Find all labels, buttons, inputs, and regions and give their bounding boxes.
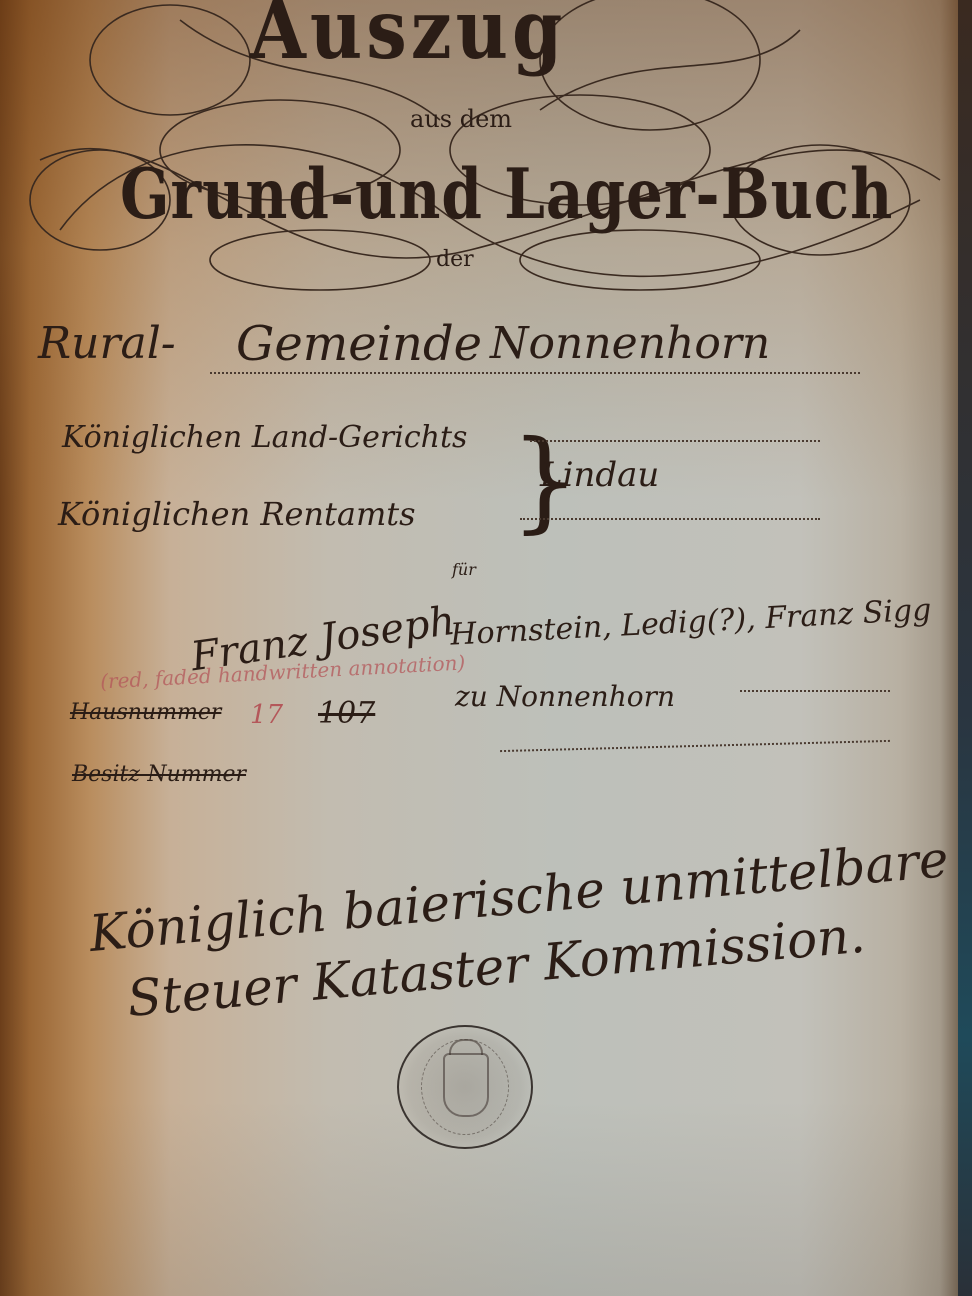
title-der: der: [436, 247, 474, 272]
location: zu Nonnenhorn: [455, 680, 675, 713]
document-page: Auszug aus dem Grund-und Lager-Buch der …: [0, 0, 958, 1296]
title-grund-und-lager-buch: Grund-und Lager-Buch: [120, 153, 893, 235]
house-number-red: 17: [250, 700, 283, 730]
dotted-line: [740, 690, 890, 692]
official-seal: [397, 1025, 533, 1149]
coat-of-arms-icon: [443, 1053, 489, 1117]
municipality-label: Gemeinde: [236, 316, 482, 372]
dotted-line: [210, 372, 860, 374]
dotted-line: [530, 440, 820, 442]
house-number-struck: 107: [318, 696, 375, 731]
house-number-label: Hausnummer: [70, 700, 221, 725]
title-auszug: Auszug: [250, 0, 566, 77]
dotted-line: [520, 518, 820, 520]
municipality-value: Nonnenhorn: [490, 318, 770, 369]
possession-number-label: Besitz-Nummer: [72, 762, 246, 787]
municipality-prefix: Rural-: [38, 318, 176, 369]
owner-for-label: für: [452, 560, 476, 579]
title-aus-dem: aus dem: [410, 105, 512, 133]
court-office-value: Lindau: [540, 455, 659, 495]
rent-office-label: Königlichen Rentamts: [58, 495, 416, 533]
court-label: Königlichen Land-Gerichts: [62, 420, 467, 455]
dotted-line: [500, 740, 890, 752]
owner-detail: Hornstein, Ledig(?), Franz Sigg: [449, 592, 932, 652]
book-spine-edge: [958, 0, 972, 1296]
